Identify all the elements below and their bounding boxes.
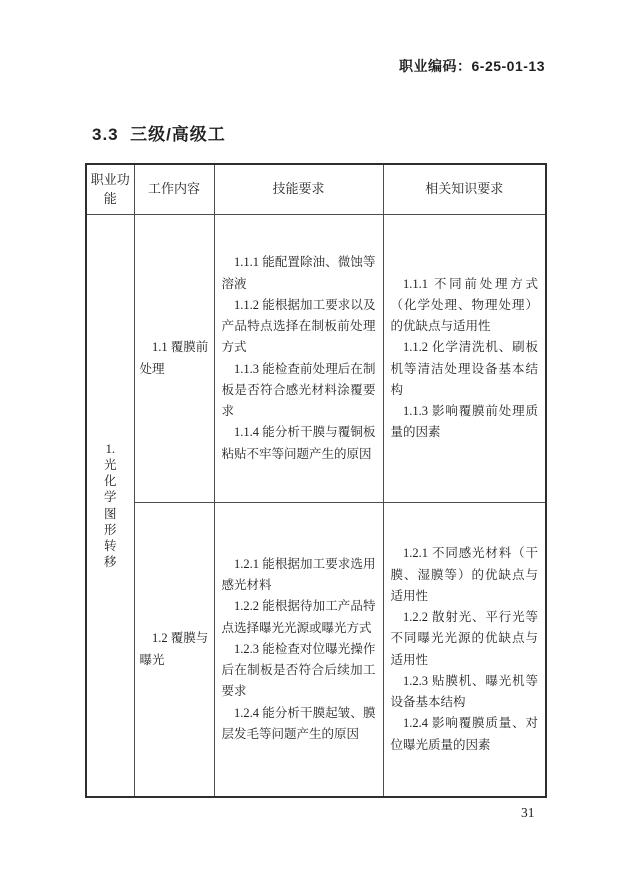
- knowledge-item: 1.1.3 影响覆膜前处理质量的因素: [391, 401, 539, 444]
- knowledge-requirements-cell: 1.2.1 不同感光材料（干膜、湿膜等）的优缺点与适用性 1.2.2 散射光、平…: [383, 503, 546, 798]
- function-name: 光化学图形转移: [103, 457, 117, 571]
- col-header-occupational-function: 职业功能: [86, 164, 134, 215]
- function-number: 1.: [87, 441, 134, 457]
- skill-item: 1.1.3 能检查前处理后在制板是否符合感光材料涂覆要求: [222, 359, 376, 423]
- skill-item: 1.2.1 能根据加工要求选用感光材料: [222, 554, 376, 597]
- knowledge-item: 1.1.1 不同前处理方式（化学处理、物理处理）的优缺点与适用性: [391, 274, 539, 338]
- section-heading: 3.3 三级/高级工: [92, 120, 226, 145]
- col-header-work-content: 工作内容: [134, 164, 214, 215]
- skill-item: 1.1.4 能分析干膜与覆铜板粘贴不牢等问题产生的原因: [222, 422, 376, 465]
- skill-item: 1.1.2 能根据加工要求以及产品特点选择在制板前处理方式: [222, 295, 376, 359]
- function-cell: 1. 光化学图形转移: [86, 215, 134, 798]
- work-content-label: 1.2 覆膜与曝光: [140, 628, 209, 671]
- knowledge-item: 1.2.3 贴膜机、曝光机等设备基本结构: [391, 671, 539, 714]
- standard-table: 职业功能 工作内容 技能要求 相关知识要求 1. 光化学图形转移 1.1 覆膜前…: [85, 163, 547, 798]
- col-header-skill-requirements: 技能要求: [214, 164, 383, 215]
- table-row: 1.2 覆膜与曝光 1.2.1 能根据加工要求选用感光材料 1.2.2 能根据待…: [86, 503, 546, 798]
- skill-item: 1.1.1 能配置除油、微蚀等溶液: [222, 252, 376, 295]
- work-content-cell: 1.1 覆膜前处理: [134, 215, 214, 503]
- skill-item: 1.2.4 能分析干膜起皱、膜层发毛等问题产生的原因: [222, 703, 376, 746]
- knowledge-requirements-cell: 1.1.1 不同前处理方式（化学处理、物理处理）的优缺点与适用性 1.1.2 化…: [383, 215, 546, 503]
- knowledge-item: 1.1.2 化学清洗机、刷板机等清洁处理设备基本结构: [391, 337, 539, 401]
- knowledge-item: 1.2.4 影响覆膜质量、对位曝光质量的因素: [391, 713, 539, 756]
- skill-item: 1.2.3 能检查对位曝光操作后在制板是否符合后续加工要求: [222, 639, 376, 703]
- page-number: 31: [521, 805, 535, 821]
- knowledge-item: 1.2.2 散射光、平行光等不同曝光光源的优缺点与适用性: [391, 607, 539, 671]
- table-row: 1. 光化学图形转移 1.1 覆膜前处理 1.1.1 能配置除油、微蚀等溶液 1…: [86, 215, 546, 503]
- work-content-cell: 1.2 覆膜与曝光: [134, 503, 214, 798]
- document-page: 职业编码：6-25-01-13 3.3 三级/高级工 职业功能 工作内容 技能要…: [0, 0, 630, 883]
- table-header-row: 职业功能 工作内容 技能要求 相关知识要求: [86, 164, 546, 215]
- knowledge-item: 1.2.1 不同感光材料（干膜、湿膜等）的优缺点与适用性: [391, 543, 539, 607]
- col-header-knowledge-requirements: 相关知识要求: [383, 164, 546, 215]
- skill-requirements-cell: 1.2.1 能根据加工要求选用感光材料 1.2.2 能根据待加工产品特点选择曝光…: [214, 503, 383, 798]
- skill-requirements-cell: 1.1.1 能配置除油、微蚀等溶液 1.1.2 能根据加工要求以及产品特点选择在…: [214, 215, 383, 503]
- work-content-label: 1.1 覆膜前处理: [140, 337, 209, 380]
- skill-item: 1.2.2 能根据待加工产品特点选择曝光光源或曝光方式: [222, 596, 376, 639]
- occupation-code: 职业编码：6-25-01-13: [399, 56, 545, 76]
